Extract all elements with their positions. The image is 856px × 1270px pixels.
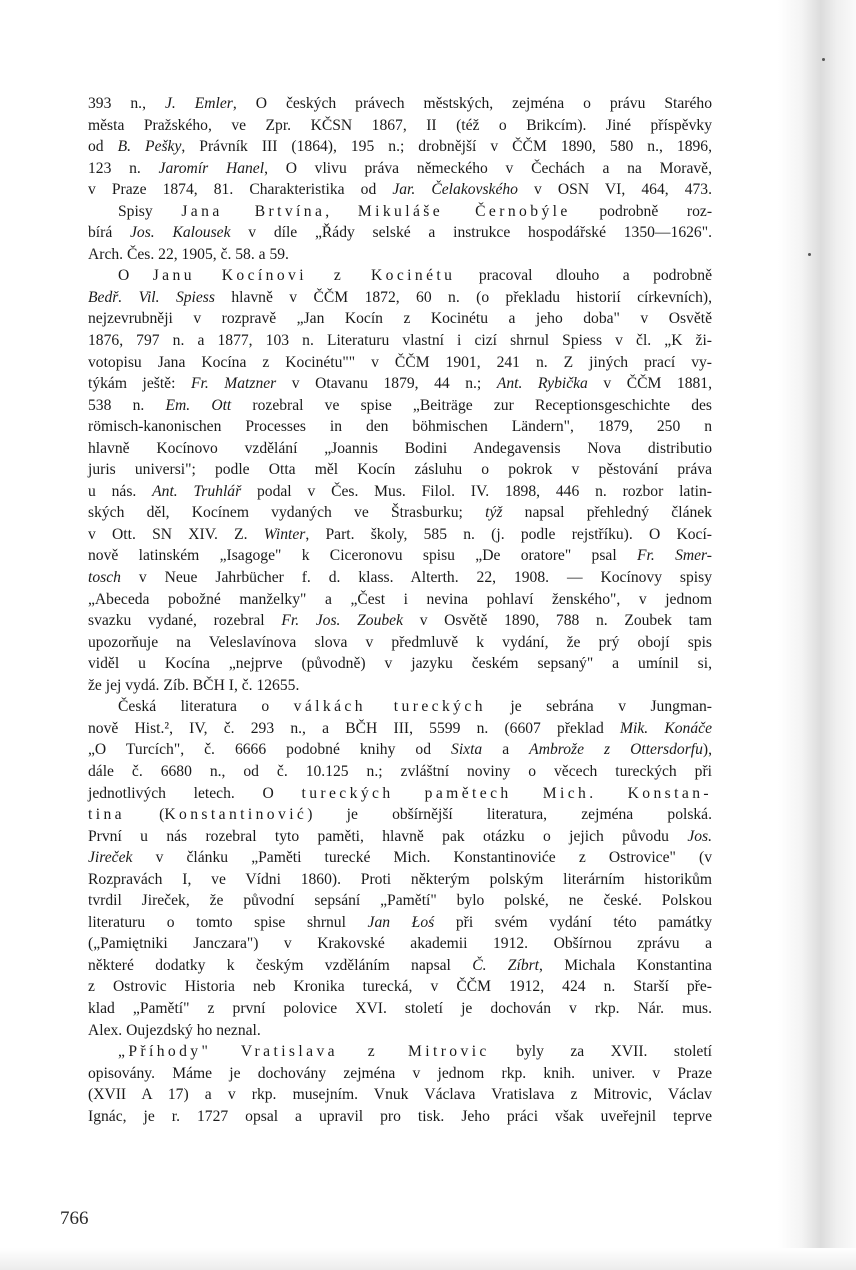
text-line: v Ott. SN XIV. Z. Winter, Part. školy, 5… [88,524,712,546]
text-line: opisovány. Máme je dochovány zejména v j… [88,1063,712,1085]
text-line: některé dodatky k českým vzděláním napsa… [88,955,712,977]
scan-speck [822,58,825,61]
text-line: tina (Konstantinović) je obšírnější lite… [88,804,712,826]
italic-citation: Em. Ott [165,397,231,414]
italic-citation: Ambrože z Ottersdorfu [529,741,703,758]
text-line: z Ostrovic Historia neb Kronika turecká,… [88,976,712,998]
spaced-emphasis: válkách tureckých [294,698,486,715]
text-segment: Ignác, je r. 1727 opsal a upravil pro ti… [88,1108,712,1125]
text-segment: , O českých právech městských, zejména o… [233,95,712,112]
text-segment: v článku „Paměti turecké Mich. Konstanti… [132,849,712,866]
text-segment: jednotlivých letech. O [88,785,301,802]
text-segment: 538 n. [88,397,165,414]
text-segment: bírá [88,224,130,241]
text-segment: hlavně Kocínovo vzdělání „Joannis Bodini… [88,440,712,457]
text-segment: v OSN VI, 464, 473. [518,181,712,198]
text-segment: opisovány. Máme je dochovány zejména v j… [88,1065,712,1082]
page-bottom-shadow [0,1248,856,1270]
text-line: 538 n. Em. Ott rozebral ve spise „Beiträ… [88,395,712,417]
text-line: nově latinském „Isagoge" k Ciceronovu sp… [88,545,712,567]
text-segment: u nás. [88,483,152,500]
text-segment: města Pražského, ve Zpr. KČSN 1867, II (… [88,117,712,134]
text-segment: , Part. školy, 585 n. (j. podle rejstřík… [305,526,712,543]
text-line: hlavně Kocínovo vzdělání „Joannis Bodini… [88,438,712,460]
text-line: Spisy Jana Brtvína, Mikuláše Černobýle p… [88,201,712,223]
italic-citation: Mik. Konáče [620,720,712,737]
page-gutter-shadow [778,0,856,1270]
text-segment: „Abeceda pobožné manželky" a „Čest i nev… [88,591,712,608]
text-line: nově Hist.², IV, č. 293 n., a BČH III, 5… [88,718,712,740]
spaced-emphasis: tina [88,806,125,823]
text-segment: Arch. Čes. 22, 1905, č. 58. a 59. [88,246,289,263]
text-segment: ( [125,806,164,823]
text-segment: nově Hist.², IV, č. 293 n., a BČH III, 5… [88,720,620,737]
text-line: Bedř. Vil. Spiess hlavně v ČČM 1872, 60 … [88,287,712,309]
italic-citation: Ant. Truhlář [152,483,241,500]
text-line: Arch. Čes. 22, 1905, č. 58. a 59. [88,244,712,266]
text-segment: upozorňuje na Veleslavínova slova v před… [88,634,712,651]
text-line: O Janu Kocínovi z Kocinétu pracoval dlou… [88,265,712,287]
text-segment: pracoval dlouho a podrobně [455,267,712,284]
text-line: „Příhody" Vratislava z Mitrovic byly za … [88,1041,712,1063]
text-segment: tvrdil Jireček, že původní sepsání „Pamě… [88,892,712,909]
text-line: města Pražského, ve Zpr. KČSN 1867, II (… [88,115,712,137]
italic-citation: J. Emler [165,95,233,112]
text-line: bírá Jos. Kalousek v díle „Řády selské a… [88,222,712,244]
scan-speck [808,253,811,256]
italic-citation: Jaromír Hanel [159,160,265,177]
text-line: upozorňuje na Veleslavínova slova v před… [88,632,712,654]
text-segment: v Otavanu 1879, 44 n.; [276,375,497,392]
text-line: tvrdil Jireček, že původní sepsání „Pamě… [88,890,712,912]
spaced-emphasis: Jana Brtvína [181,203,325,220]
italic-citation: Jos. [687,828,712,845]
italic-citation: tosch [88,569,121,586]
text-segment: svazku vydané, rozebral [88,612,281,629]
italic-citation: týž [485,504,502,521]
text-segment: römisch-kanonischen Processes in den böh… [88,418,712,435]
text-segment: viděl u Kocína „nejprve (původně) v jazy… [88,655,712,672]
text-segment: že jej vydá. Zíb. BČH I, č. 12655. [88,677,299,694]
text-segment: „O Turcích", č. 6666 podobné knihy od [88,741,451,758]
text-segment: literaturu o tomto spise shrnul [88,914,368,931]
italic-citation: Fr. Matzner [191,375,276,392]
text-segment: napsal přehledný článek [502,504,712,521]
text-segment: týkám ještě: [88,375,191,392]
text-line: ských děl, Kocínem vydaných ve Štrasburk… [88,502,712,524]
text-line: „Abeceda pobožné manželky" a „Čest i nev… [88,589,712,611]
text-segment: , O vlivu práva německého v Čechách a na… [264,160,712,177]
text-line: svazku vydané, rozebral Fr. Jos. Zoubek … [88,610,712,632]
text-line: literaturu o tomto spise shrnul Jan Łoś … [88,912,712,934]
text-segment: nově latinském „Isagoge" k Ciceronovu sp… [88,547,637,564]
body-text: 393 n., J. Emler, O českých právech měst… [88,93,712,1127]
text-segment: Rozpravách I, ve Vídni 1860). Proti někt… [88,871,712,888]
text-segment: ), [703,741,712,758]
italic-citation: Fr. Smer- [637,547,712,564]
text-segment: První u nás rozebral tyto paměti, hlavně… [88,828,687,845]
italic-citation: Winter [264,526,306,543]
text-segment: Česká literatura o [118,698,294,715]
text-line: nejzevrubněji v rozpravě „Jan Kocín z Ko… [88,308,712,330]
text-segment: nejzevrubněji v rozpravě „Jan Kocín z Ko… [88,310,712,327]
text-line: týkám ještě: Fr. Matzner v Otavanu 1879,… [88,373,712,395]
text-segment: ) je obšírnější literatura, zejména pols… [307,806,712,823]
italic-citation: Fr. Jos. Zoubek [281,612,403,629]
spaced-emphasis: Konstantinović [164,806,307,823]
italic-citation: Jar. Čelakovského [392,181,518,198]
text-line: Alex. Oujezdský ho neznal. [88,1020,712,1042]
text-segment: některé dodatky k českým vzděláním napsa… [88,957,472,974]
text-segment: v ČČM 1881, [588,375,712,392]
italic-citation: Bedř. Vil. Spiess [88,289,215,306]
text-segment: klad „Pamětí" z první polovice XVI. stol… [88,1000,712,1017]
text-line: jednotlivých letech. O tureckých pamětec… [88,783,712,805]
text-line: že jej vydá. Zíb. BČH I, č. 12655. [88,675,712,697]
text-line: dále č. 6680 n., od č. 10.125 n.; zvlášt… [88,761,712,783]
text-segment: ských děl, Kocínem vydaných ve Štrasburk… [88,504,485,521]
spaced-emphasis: tureckých pamětech Mich. Konstan- [301,785,712,802]
text-line: Česká literatura o válkách tureckých je … [88,696,712,718]
text-line: römisch-kanonischen Processes in den böh… [88,416,712,438]
text-segment: od [88,138,118,155]
spaced-emphasis: Mikuláše Černobýle [358,203,571,220]
text-segment: a [482,741,529,758]
text-line: (XVII A 17) a v rkp. musejním. Vnuk Václ… [88,1084,712,1106]
text-line: „O Turcích", č. 6666 podobné knihy od Si… [88,739,712,761]
text-segment: v Praze 1874, 81. Charakteristika od [88,181,392,198]
text-line: První u nás rozebral tyto paměti, hlavně… [88,826,712,848]
text-line: tosch v Neue Jahrbücher f. d. klass. Alt… [88,567,712,589]
text-segment: hlavně v ČČM 1872, 60 n. (o překladu his… [215,289,712,306]
text-line: viděl u Kocína „nejprve (původně) v jazy… [88,653,712,675]
text-line: Ignác, je r. 1727 opsal a upravil pro ti… [88,1106,712,1128]
text-line: juris universi"; podle Otta měl Kocín zá… [88,459,712,481]
text-line: v Praze 1874, 81. Charakteristika od Jar… [88,179,712,201]
text-line: klad „Pamětí" z první polovice XVI. stol… [88,998,712,1020]
text-line: 123 n. Jaromír Hanel, O vlivu práva něme… [88,158,712,180]
text-line: 1876, 797 n. a 1877, 103 n. Literaturu v… [88,330,712,352]
text-segment: 1876, 797 n. a 1877, 103 n. Literaturu v… [88,332,712,349]
text-segment: , [325,203,358,220]
text-line: od B. Pešky, Právník III (1864), 195 n.;… [88,136,712,158]
text-segment: 393 n., [88,95,165,112]
spaced-emphasis: Janu Kocínovi z Kocinétu [153,267,456,284]
text-line: Jireček v článku „Paměti turecké Mich. K… [88,847,712,869]
text-line: u nás. Ant. Truhlář podal v Čes. Mus. Fi… [88,481,712,503]
text-segment: dále č. 6680 n., od č. 10.125 n.; zvlášt… [88,763,712,780]
text-segment: byly za XVII. století [490,1043,712,1060]
text-segment: v Ott. SN XIV. Z. [88,526,264,543]
text-line: votopisu Jana Kocína z Kocinétu"" v ČČM … [88,352,712,374]
page-number: 766 [60,1208,89,1230]
text-segment: , Právník III (1864), 195 n.; drobnější … [181,138,712,155]
italic-citation: Č. Zíbrt [472,957,539,974]
text-segment: , Michala Konstantina [539,957,712,974]
text-segment: z Ostrovic Historia neb Kronika turecká,… [88,978,712,995]
text-segment: („Pamiętniki Janczara") v Krakovské akad… [88,935,712,952]
text-segment: v díle „Řády selské a instrukce hospodář… [231,224,712,241]
text-segment: podal v Čes. Mus. Filol. IV. 1898, 446 n… [241,483,712,500]
text-segment: juris universi"; podle Otta měl Kocín zá… [88,461,712,478]
text-line: Rozpravách I, ve Vídni 1860). Proti někt… [88,869,712,891]
text-segment: je sebrána v Jungman- [486,698,712,715]
italic-citation: B. Pešky [118,138,182,155]
italic-citation: Jireček [88,849,132,866]
italic-citation: Sixta [451,741,482,758]
text-segment: v Neue Jahrbücher f. d. klass. Alterth. … [121,569,712,586]
text-segment: votopisu Jana Kocína z Kocinétu"" v ČČM … [88,354,712,371]
text-segment: Spisy [118,203,181,220]
text-segment: podrobně roz- [571,203,712,220]
text-segment: Alex. Oujezdský ho neznal. [88,1022,261,1039]
text-segment: v Osvětě 1890, 788 n. Zoubek tam [403,612,712,629]
text-segment: při svém vydání této památky [434,914,712,931]
italic-citation: Jos. Kalousek [130,224,230,241]
text-segment: 123 n. [88,160,159,177]
italic-citation: Jan Łoś [368,914,435,931]
text-segment: O [118,267,153,284]
italic-citation: Ant. Rybička [497,375,588,392]
text-segment: rozebral ve spise „Beiträge zur Receptio… [231,397,712,414]
text-segment: (XVII A 17) a v rkp. musejním. Vnuk Václ… [88,1086,712,1103]
text-line: 393 n., J. Emler, O českých právech měst… [88,93,712,115]
text-line: („Pamiętniki Janczara") v Krakovské akad… [88,933,712,955]
spaced-emphasis: „Příhody" Vratislava z Mitrovic [118,1043,490,1060]
